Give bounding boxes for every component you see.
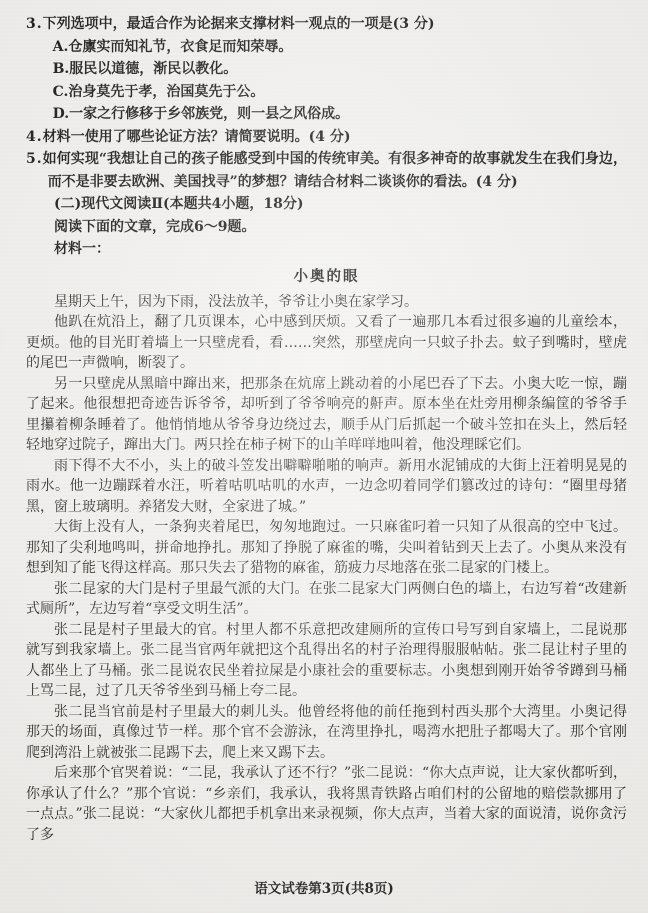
question-3-option-c: C.治身莫先于孝，治国莫先于公。 [53, 81, 627, 104]
question-3-option-a: A.仓廪实而知礼节，衣食足而知荣辱。 [53, 36, 627, 59]
question-5: 5.如何实现“我想让自己的孩子能感受到中国的传统审美。有很多神奇的故事就发生在我… [26, 148, 627, 193]
question-3-number: 3. [26, 16, 43, 32]
question-3-stem: 下列选项中，最适合作为论据来支撑材料一观点的一项是(3 分) [43, 16, 435, 32]
question-4: 4.材料一使用了哪些论证方法？请简要说明。(4 分) [26, 126, 627, 149]
question-3-option-b: B.服民以道德，渐民以教化。 [53, 58, 627, 81]
question-3: 3.下列选项中，最适合作为论据来支撑材料一观点的一项是(3 分) [26, 13, 627, 36]
story-paragraph-5: 大街上没有人，一条狗夹着尾巴，匆匆地跑过。一只麻雀叼着一只知了从很高的空中飞过。… [26, 517, 627, 579]
story-paragraph-7: 张二昆是村子里最大的官。村里人都不乐意把改建厕所的宣传口号写到自家墙上，二昆说那… [26, 620, 627, 702]
exam-page: 3.下列选项中，最适合作为论据来支撑材料一观点的一项是(3 分) A.仓廪实而知… [0, 0, 648, 913]
story-paragraph-9: 后来那个官哭着说：“二昆，我承认了还不行？”张二昆说：“你大点声说，让大家伙都听… [26, 763, 627, 845]
page-footer: 语文试卷第3页(共8页) [0, 877, 648, 897]
section-instruction: 阅读下面的文章，完成6～9题。 [54, 216, 627, 239]
question-block: 3.下列选项中，最适合作为论据来支撑材料一观点的一项是(3 分) A.仓廪实而知… [26, 13, 627, 261]
question-4-number: 4. [26, 129, 43, 145]
story-paragraph-3: 另一只壁虎从黑暗中蹿出来，把那条在炕席上跳动着的小尾巴吞了下去。小奥大吃一惊，蹦… [26, 374, 627, 456]
story-paragraph-2: 他趴在炕沿上，翻了几页课本，心中感到厌烦。又看了一遍那几本看过很多遍的儿童绘本，… [26, 312, 627, 374]
question-5-number: 5. [26, 151, 43, 167]
question-3-option-d: D.一家之行修移于乡邻族党，则一县之风俗成。 [53, 103, 627, 126]
question-4-stem: 材料一使用了哪些论证方法？请简要说明。(4 分) [43, 129, 351, 145]
story-paragraph-8: 张二昆当官前是村子里最大的刺儿头。他曾经将他的前任拖到村西头那个大湾里。小奥记得… [26, 702, 627, 764]
story-paragraph-6: 张二昆家的大门是村子里最气派的大门。在张二昆家大门两侧白色的墙上，右边写着“改建… [26, 579, 627, 620]
material-label: 材料一： [54, 238, 627, 261]
story-paragraph-4: 雨下得不大不小，头上的破斗笠发出噼噼啪啪的响声。新用水泥铺成的大街上汪着明晃晃的… [26, 456, 627, 518]
question-5-stem: 如何实现“我想让自己的孩子能感受到中国的传统审美。有很多神奇的故事就发生在我们身… [43, 151, 627, 190]
section-heading: (二)现代文阅读Ⅱ(本题共4小题，18分) [54, 193, 627, 216]
story-title: 小奥的眼 [26, 265, 627, 286]
story-paragraph-1: 星期天上午，因为下雨，没法放羊，爷爷让小奥在家学习。 [26, 292, 627, 313]
